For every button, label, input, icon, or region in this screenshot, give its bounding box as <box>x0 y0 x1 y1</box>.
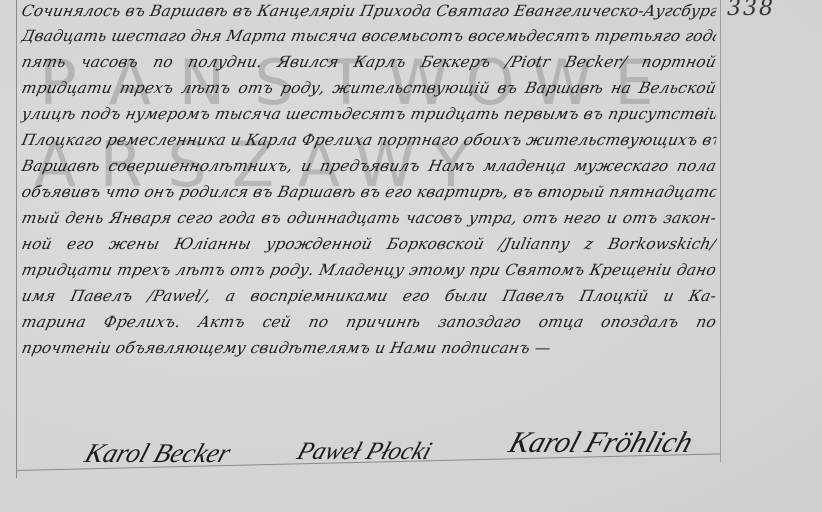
page-number: 338 <box>727 0 775 21</box>
left-margin-line <box>16 0 17 478</box>
handwritten-line-10: ной его жены Юлiанны урожденной Борковск… <box>20 235 718 253</box>
handwritten-line-8: объявивъ что онъ родился въ Варшавѣ въ е… <box>20 183 718 201</box>
signatures-block: Karol Becker Paweł Płocki Karol Fröhlich <box>80 438 760 478</box>
handwritten-line-7: Варшавѣ совершеннолѣтнихъ, и предъявилъ … <box>20 157 718 175</box>
handwritten-line-13: тарина Фрелихъ. Актъ сей по причинѣ запо… <box>20 313 718 331</box>
handwritten-line-12: имя Павелъ /Paweł/, а воспрiемниками его… <box>20 287 718 305</box>
handwritten-line-1: Сочинялось въ Варшавѣ въ Канцелярiи Прих… <box>20 2 718 20</box>
handwritten-line-3: пять часовъ по полудни. Явился Карлъ Бек… <box>20 53 718 71</box>
handwritten-line-5: улицѣ подъ нумеромъ тысяча шестьдесятъ т… <box>20 105 718 123</box>
handwritten-line-6: Плоцкаго ремесленника и Карла Фрелиха по… <box>20 131 718 149</box>
handwritten-line-2: Двадцать шестаго дня Марта тысяча восемь… <box>20 27 718 45</box>
handwritten-line-4: тридцати трехъ лѣтъ отъ роду, жительству… <box>20 79 718 97</box>
handwritten-line-9: тый день Января сего года въ одиннадцать… <box>20 209 718 227</box>
signature-witness-1: Paweł Płocki <box>293 438 435 466</box>
handwritten-line-14: прочтенiи объявляющему свидѣтелямъ и Нам… <box>20 339 624 357</box>
signature-witness-2: Karol Fröhlich <box>504 426 696 460</box>
handwritten-line-11: тридцати трехъ лѣтъ отъ роду. Младенцу э… <box>20 261 718 279</box>
signature-father: Karol Becker <box>81 438 235 469</box>
document-page: 338 PANSTWOWE ARSZAWY Сочинялось въ Варш… <box>0 0 822 512</box>
right-margin-line <box>720 0 721 462</box>
